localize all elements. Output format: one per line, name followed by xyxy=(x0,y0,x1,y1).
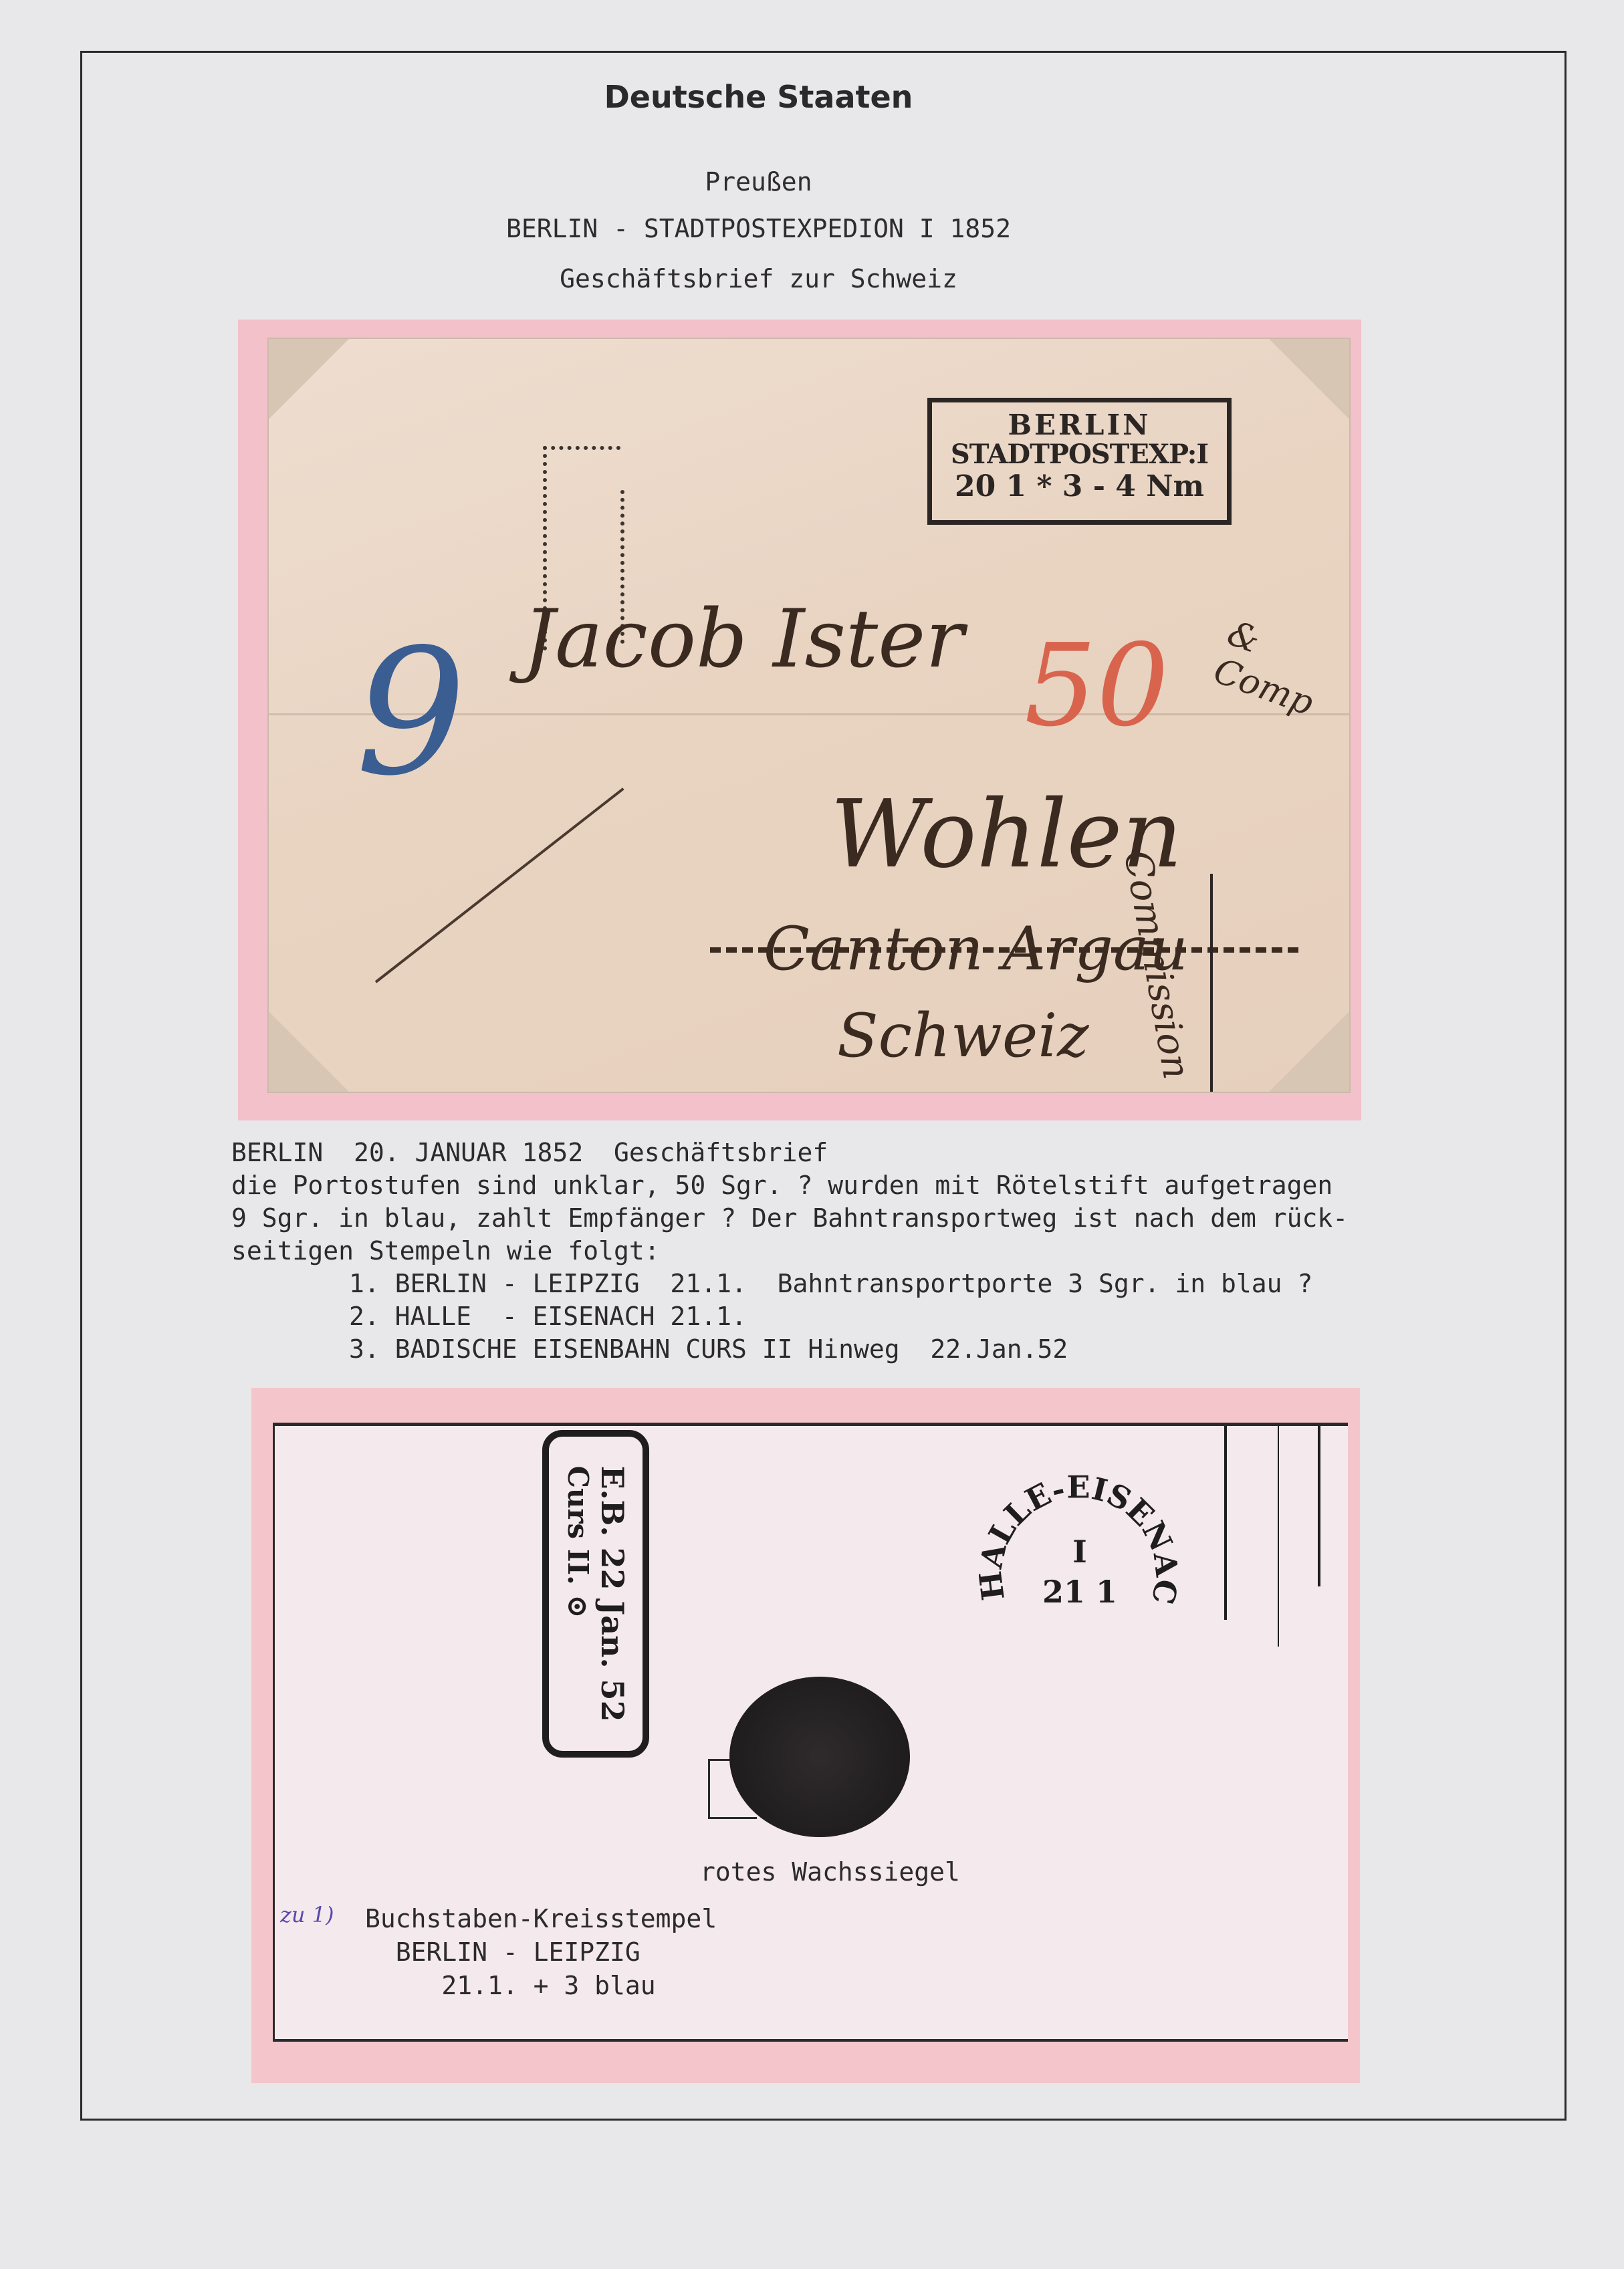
route-item: 2. HALLE - EISENACH 21.1. xyxy=(231,1300,1348,1333)
postmark-line-1: BERLIN xyxy=(932,410,1227,440)
circular-postmark-center: I 21 1 xyxy=(1042,1532,1117,1612)
circular-postmark-date: 21 1 xyxy=(1042,1572,1117,1612)
mount-corner xyxy=(269,1011,349,1092)
caption-line: BERLIN - LEIPZIG xyxy=(365,1935,717,1969)
letter-type-heading: Geschäftsbrief zur Schweiz xyxy=(0,264,1571,293)
state-heading: Preußen xyxy=(0,167,1571,197)
handwritten-reference: zu 1) xyxy=(280,1902,334,1927)
railway-box-postmark: E.B. 22 Jan. 52 Curs II. ⊙ xyxy=(542,1430,649,1758)
mount-corner xyxy=(269,339,349,419)
addressee-name: Jacob Ister xyxy=(523,593,964,686)
seal-caption: rotes Wachssiegel xyxy=(700,1857,960,1887)
pen-stroke xyxy=(1318,1426,1320,1586)
cover-description: BERLIN 20. JANUAR 1852 Geschäftsbriefdie… xyxy=(231,1137,1348,1366)
stamp-caption: Buchstaben-Kreisstempel BERLIN - LEIPZIG… xyxy=(365,1902,717,2002)
postmark-heading: BERLIN - STADTPOSTEXPEDION I 1852 xyxy=(0,214,1571,243)
postmark-line-2: STADTPOSTEXP:I xyxy=(932,440,1227,469)
circular-postmark: HALLE-EISENACH I 21 1 xyxy=(977,1456,1181,1661)
route-item: 3. BADISCHE EISENBAHN CURS II Hinweg 22.… xyxy=(231,1333,1348,1366)
caption-line: 21.1. + 3 blau xyxy=(365,1969,717,2002)
description-line: BERLIN 20. JANUAR 1852 Geschäftsbrief xyxy=(231,1137,1348,1169)
mount-corner xyxy=(1269,1011,1349,1092)
postmark-line-3: 20 1 * 3 - 4 Nm xyxy=(932,469,1227,504)
address-canton: Canton Argau xyxy=(764,914,1188,984)
pen-stroke xyxy=(1224,1426,1227,1620)
blue-rate-mark: 9 xyxy=(356,626,466,800)
cover-back-photocopy: E.B. 22 Jan. 52 Curs II. ⊙ HALLE-EISENAC… xyxy=(273,1423,1348,2042)
pen-stroke xyxy=(375,788,624,983)
description-line: die Portostufen sind unklar, 50 Sgr. ? w… xyxy=(231,1169,1348,1202)
description-line: 9 Sgr. in blau, zahlt Empfänger ? Der Ba… xyxy=(231,1202,1348,1235)
cover-front: BERLIN STADTPOSTEXP:I 20 1 * 3 - 4 Nm 9 … xyxy=(267,338,1351,1093)
circular-postmark-number: I xyxy=(1042,1532,1117,1572)
address-country: Schweiz xyxy=(837,1001,1089,1071)
red-rate-mark: 50 xyxy=(1024,620,1169,752)
railway-postmark-line-1: E.B. 22 Jan. 52 xyxy=(594,1465,630,1721)
boxed-postmark: BERLIN STADTPOSTEXP:I 20 1 * 3 - 4 Nm xyxy=(927,398,1232,525)
page-title: Deutsche Staaten xyxy=(0,79,1571,115)
wax-seal xyxy=(729,1677,910,1837)
description-line: seitigen Stempeln wie folgt: xyxy=(231,1235,1348,1268)
caption-line: Buchstaben-Kreisstempel xyxy=(365,1902,717,1935)
railway-postmark-text: E.B. 22 Jan. 52 Curs II. ⊙ xyxy=(561,1465,630,1721)
mount-corner xyxy=(1269,339,1349,419)
railway-postmark-line-2: Curs II. ⊙ xyxy=(561,1465,594,1721)
pen-stroke xyxy=(1278,1426,1279,1647)
pen-stroke xyxy=(1210,874,1213,1093)
route-item: 1. BERLIN - LEIPZIG 21.1. Bahntransportp… xyxy=(231,1268,1348,1300)
